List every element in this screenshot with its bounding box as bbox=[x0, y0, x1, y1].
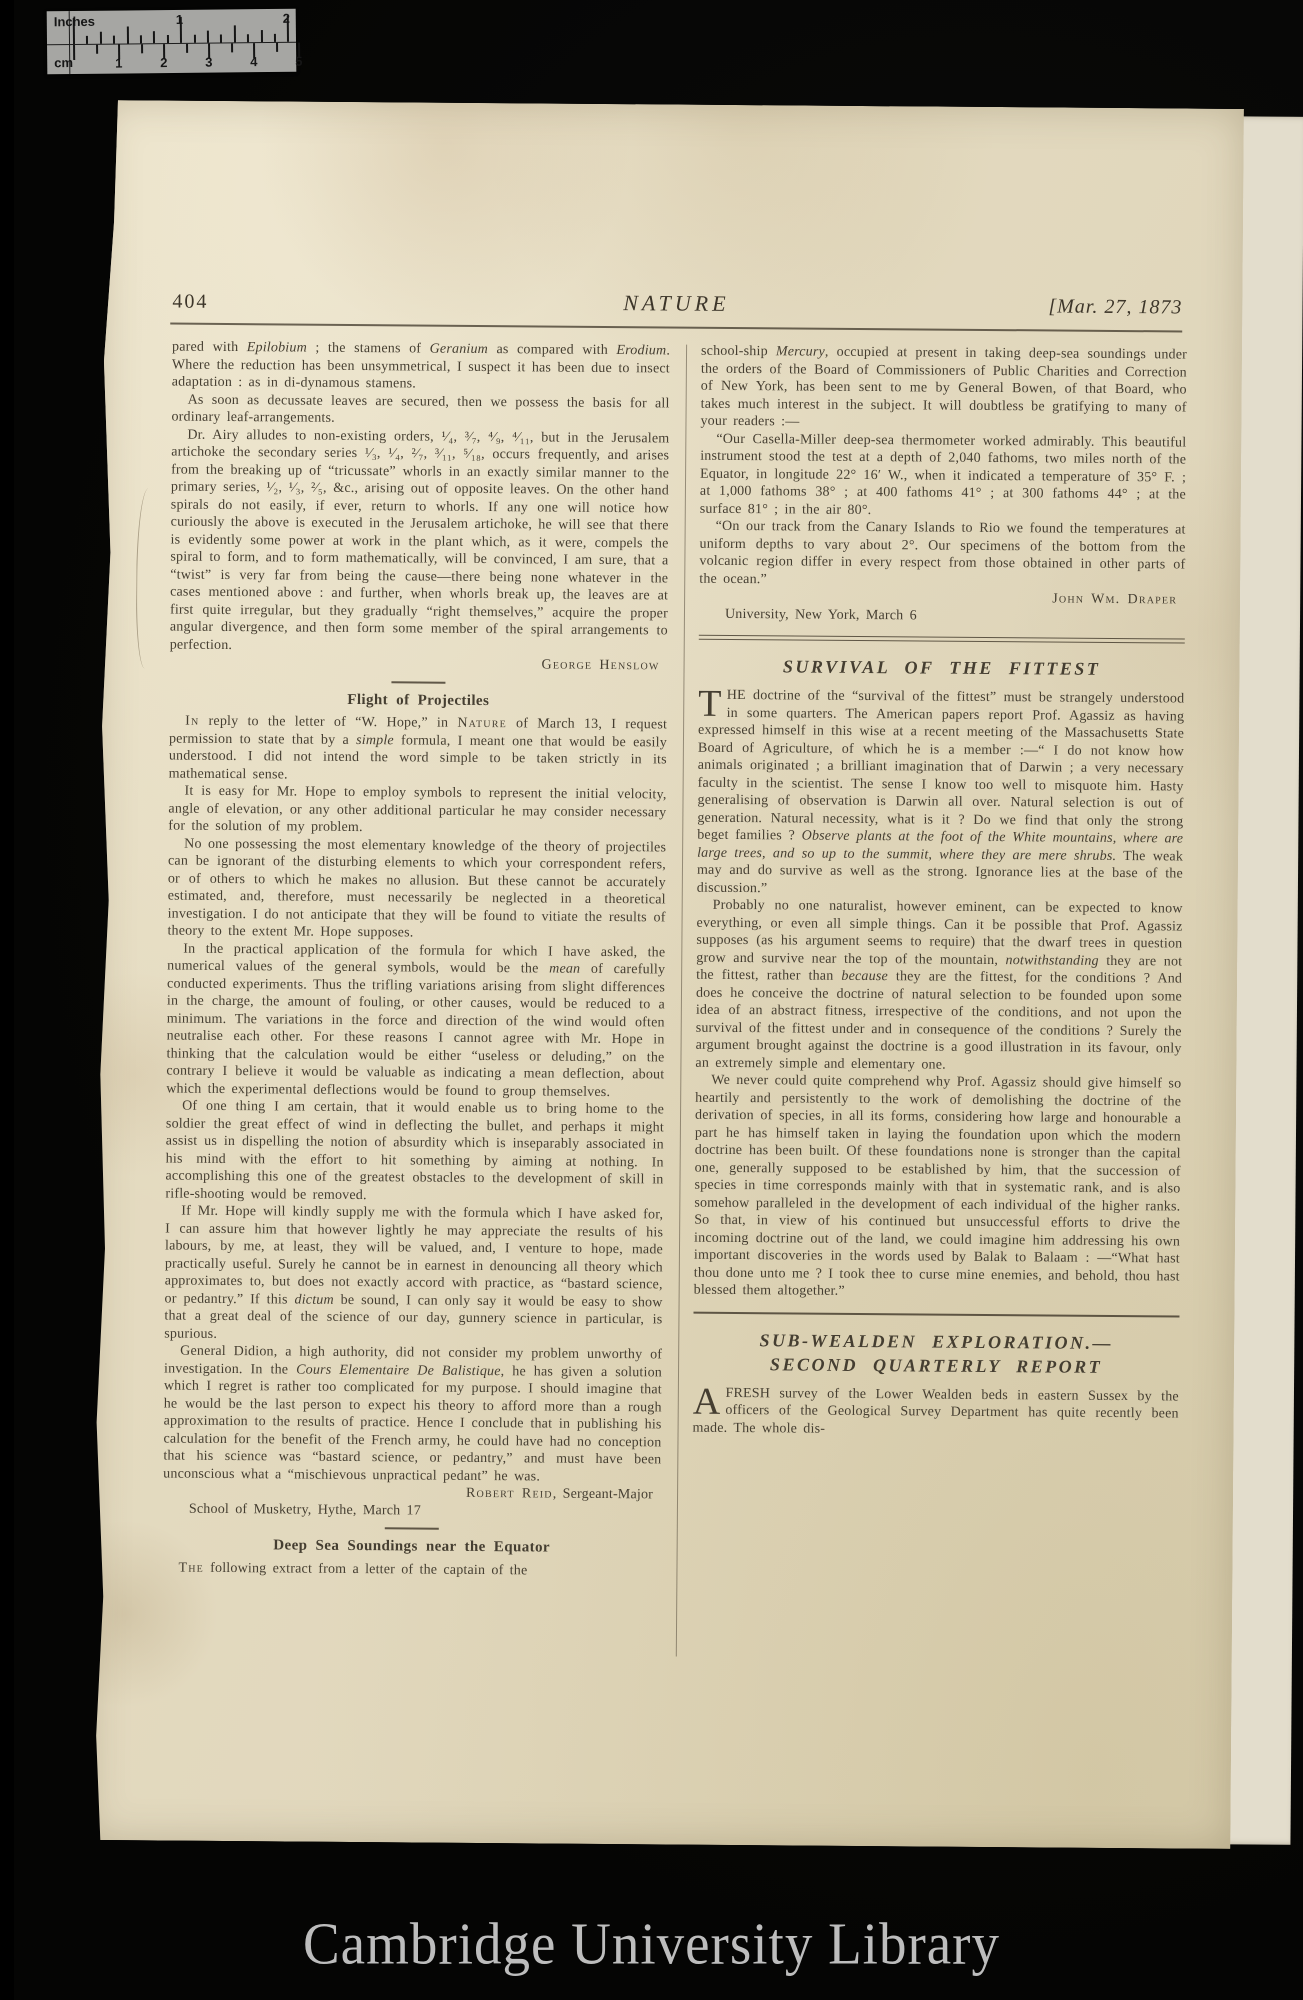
paragraph: Dr. Airy alludes to non-existing orders,… bbox=[170, 426, 670, 657]
column-divider-rule bbox=[676, 345, 687, 1657]
ruler-inch-number: 1 bbox=[176, 12, 183, 27]
ruler-cm-label: cm bbox=[54, 55, 73, 70]
ruler-cm-number: 4 bbox=[250, 54, 257, 69]
page-header: 404 NATURE [Mar. 27, 1873 bbox=[170, 285, 1182, 327]
paragraph: If Mr. Hope will kindly supply me with t… bbox=[164, 1203, 663, 1347]
paragraph: pared with Epilobium ; the stamens of Ge… bbox=[172, 339, 670, 395]
ruler: Inches cm 12 12345 bbox=[47, 9, 297, 75]
paragraph: The following extract from a letter of t… bbox=[162, 1559, 660, 1580]
ruler-inch-number: 2 bbox=[283, 11, 290, 26]
article-heading: SURVIVAL OF THE FITTEST bbox=[728, 654, 1154, 681]
paragraph: As soon as decussate leaves are secured,… bbox=[171, 391, 669, 430]
letter-heading: Flight of Projectiles bbox=[169, 690, 667, 711]
paragraph: In the practical application of the form… bbox=[166, 940, 665, 1101]
ruler-cm-ticks bbox=[47, 9, 296, 12]
paragraph: Of one thing I am certain, that it would… bbox=[165, 1098, 664, 1207]
ruler-cm-number: 2 bbox=[160, 55, 167, 70]
page-crease-mark bbox=[136, 488, 160, 668]
ruler-cm-number: 3 bbox=[205, 55, 212, 70]
scan-background: Inches cm 12 12345 404 NATURE [Mar. 27, … bbox=[0, 0, 1303, 2000]
library-watermark: Cambridge University Library bbox=[0, 1909, 1303, 1977]
paragraph: In reply to the letter of “W. Hope,” in … bbox=[169, 713, 668, 787]
horizontal-rule bbox=[699, 635, 1185, 644]
paragraph: school-ship Mercury, occupied at present… bbox=[700, 343, 1187, 434]
paragraph: We never could quite comprehend why Prof… bbox=[694, 1072, 1182, 1303]
letter-heading: Deep Sea Soundings near the Equator bbox=[163, 1537, 661, 1558]
paragraph: A FRESH survey of the Lower Wealden beds… bbox=[693, 1384, 1179, 1440]
left-column: pared with Epilobium ; the stamens of Ge… bbox=[162, 339, 670, 1581]
paragraph: “On our track from the Canary Islands to… bbox=[699, 518, 1186, 592]
section-divider bbox=[391, 681, 445, 683]
section-divider bbox=[385, 1527, 439, 1529]
paragraph: It is easy for Mr. Hope to employ symbol… bbox=[168, 783, 666, 839]
issue-date: [Mar. 27, 1873 bbox=[1048, 295, 1182, 319]
ruler-separator-line bbox=[47, 42, 296, 46]
paragraph: No one possessing the most elementary kn… bbox=[167, 835, 666, 944]
article-heading: SUB-WEALDEN EXPLORATION.—SECOND QUARTERL… bbox=[723, 1327, 1149, 1378]
ruler-cm-number: 5 bbox=[295, 54, 302, 69]
scanned-page: 404 NATURE [Mar. 27, 1873 pared with Epi… bbox=[88, 100, 1244, 1849]
paragraph: General Didion, a high authority, did no… bbox=[163, 1343, 662, 1487]
paragraph: “Our Casella-Miller deep-sea thermometer… bbox=[700, 430, 1187, 521]
ruler-cm-numbers: 12345 bbox=[47, 9, 296, 12]
paragraph: Probably no one naturalist, however emin… bbox=[695, 897, 1182, 1076]
journal-title: NATURE bbox=[170, 287, 1182, 321]
paragraph: THE doctrine of the “survival of the fit… bbox=[697, 687, 1185, 901]
ruler-inch-numbers: 12 bbox=[47, 9, 296, 12]
ruler-inch-ticks bbox=[47, 9, 296, 12]
ruler-cm-number: 1 bbox=[115, 56, 122, 71]
signature: George Henslow bbox=[170, 654, 668, 675]
right-column: school-ship Mercury, occupied at present… bbox=[693, 343, 1188, 1441]
horizontal-rule bbox=[693, 1311, 1179, 1317]
